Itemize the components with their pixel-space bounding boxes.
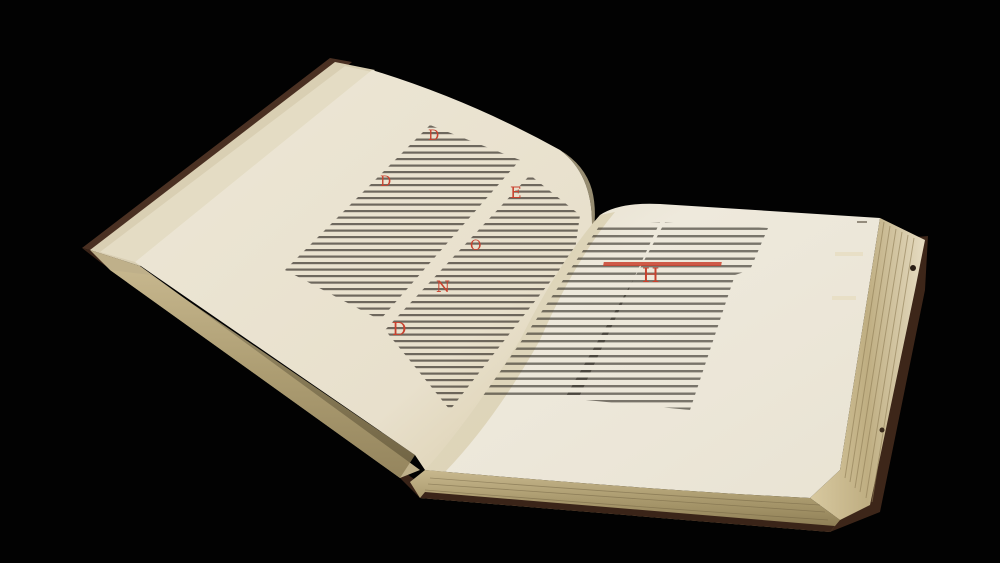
photo-scene: D D E O N D H bbox=[0, 0, 1000, 563]
folio-number bbox=[857, 221, 867, 223]
rubric-initial: O bbox=[470, 238, 481, 254]
page-tab bbox=[835, 252, 863, 256]
clasp-hole bbox=[910, 265, 916, 271]
rubric-initial: N bbox=[436, 277, 450, 296]
rubric-initial: D bbox=[392, 319, 406, 340]
rubric-initial: D bbox=[380, 174, 391, 190]
rubric-initial: E bbox=[510, 183, 522, 202]
manuscript-illustration: D D E O N D H bbox=[0, 0, 1000, 563]
rubric-initial: D bbox=[428, 128, 439, 144]
clasp-hole bbox=[880, 428, 885, 433]
page-tab bbox=[832, 296, 856, 300]
rubric-initial: H bbox=[642, 263, 659, 287]
